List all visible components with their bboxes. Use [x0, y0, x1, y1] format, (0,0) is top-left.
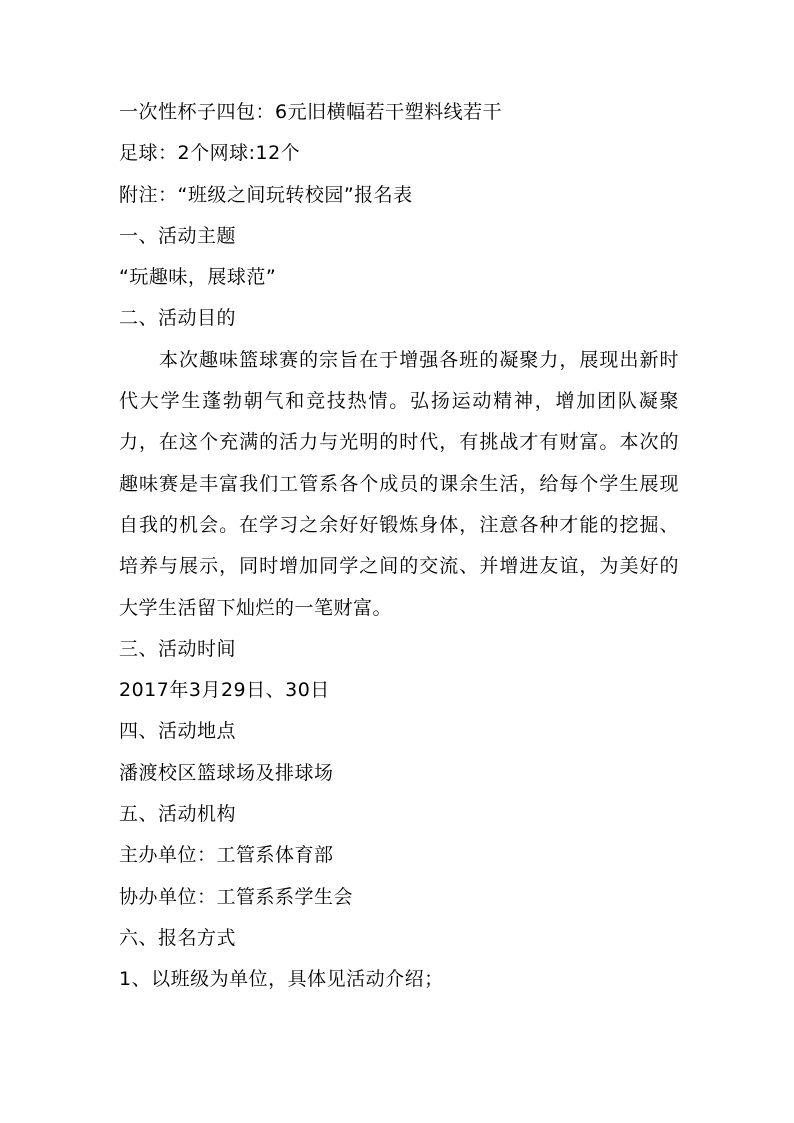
balls-line: 足球：2个网球:12个 [119, 144, 679, 185]
co-organizer: 协办单位：工管系系学生会 [119, 888, 679, 929]
purpose-paragraph: 本次趣味篮球赛的宗旨在于增强各班的凝聚力，展现出新时代大学生蓬勃朝气和竞技热情。… [119, 340, 679, 629]
section-heading-time: 三、活动时间 [119, 640, 679, 681]
appendix-note: 附注：“班级之间玩转校园”报名表 [119, 186, 679, 227]
event-date: 2017年3月29日、30日 [119, 681, 679, 722]
host-organizer: 主办单位：工管系体育部 [119, 846, 679, 887]
section-heading-registration: 六、报名方式 [119, 929, 679, 970]
document-page: 一次性杯子四包：6元旧横幅若干塑料线若干 足球：2个网球:12个 附注：“班级之… [119, 103, 679, 1012]
section-heading-organizers: 五、活动机构 [119, 805, 679, 846]
section-heading-theme: 一、活动主题 [119, 227, 679, 268]
theme-slogan: “玩趣味，展球范” [119, 268, 679, 309]
section-heading-location: 四、活动地点 [119, 722, 679, 763]
registration-item-1: 1、以班级为单位，具体见活动介绍； [119, 970, 679, 1011]
event-location: 潘渡校区篮球场及排球场 [119, 764, 679, 805]
supplies-line: 一次性杯子四包：6元旧横幅若干塑料线若干 [119, 103, 679, 144]
